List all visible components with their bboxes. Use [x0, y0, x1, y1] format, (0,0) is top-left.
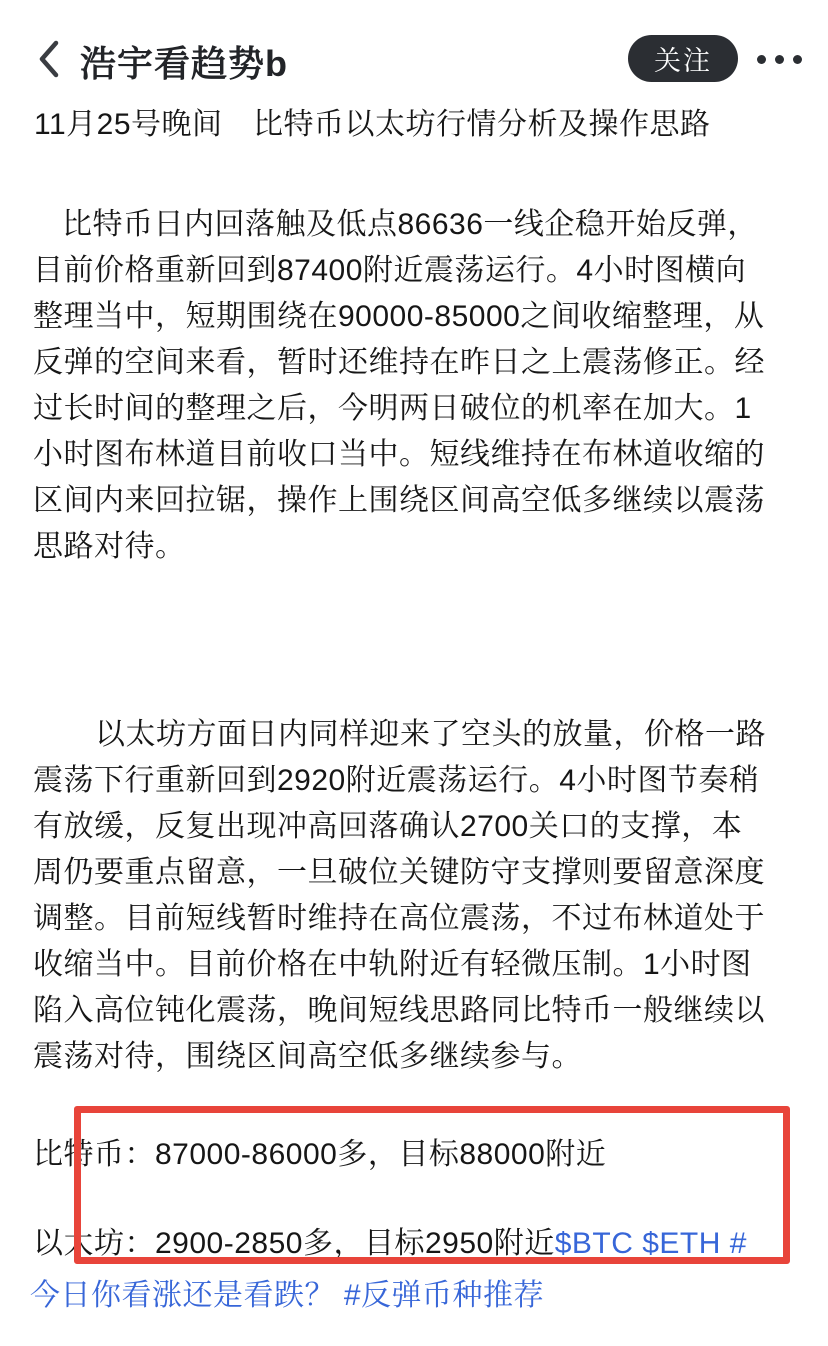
eth-trade-call-text: 以太坊：2900-2850多，目标2950附近	[33, 1227, 555, 1260]
paragraph-line: 调整。目前短线暂时维持在高位震荡，不过布林道处于	[33, 896, 766, 942]
back-icon[interactable]	[36, 40, 62, 78]
paragraph-line: 收缩当中。目前价格在中轨附近有轻微压制。1小时图	[33, 942, 766, 988]
paragraph-line: 以太坊方面日内同样迎来了空头的放量，价格一路	[33, 712, 766, 758]
more-icon[interactable]	[757, 54, 802, 64]
paragraph-line: 比特币日内回落触及低点86636一线企稳开始反弹，	[33, 202, 765, 248]
paragraph-line: 整理当中，短期围绕在90000-85000之间收缩整理，从	[33, 294, 765, 340]
page-title: 浩宇看趋势b	[80, 36, 288, 87]
eth-trade-call: 以太坊：2900-2850多，目标2950附近$BTC $ETH #	[33, 1221, 747, 1267]
post-title: 11月25号晚间 比特币以太坊行情分析及操作思路	[34, 102, 711, 148]
paragraph-line: 过长时间的整理之后，今明两日破位的机率在加大。1	[33, 386, 765, 432]
paragraph-line: 小时图布林道目前收口当中。短线维持在布林道收缩的	[33, 432, 765, 478]
paragraph-line: 陷入高位钝化震荡，晚间短线思路同比特币一般继续以	[33, 988, 766, 1034]
ellipsis-dot	[757, 55, 766, 64]
paragraph-line: 反弹的空间来看，暂时还维持在昨日之上震荡修正。经	[33, 340, 765, 386]
btc-analysis-paragraph: 比特币日内回落触及低点86636一线企稳开始反弹， 目前价格重新回到87400附…	[33, 202, 765, 570]
paragraph-line: 有放缓，反复出现冲高回落确认2700关口的支撑，本	[33, 804, 766, 850]
paragraph-line: 区间内来回拉锯，操作上围绕区间高空低多继续以震荡	[33, 478, 765, 524]
eth-analysis-paragraph: 以太坊方面日内同样迎来了空头的放量，价格一路 震荡下行重新回到2920附近震荡运…	[33, 712, 766, 1080]
btc-trade-call: 比特币：87000-86000多，目标88000附近	[33, 1132, 606, 1178]
post-page: 浩宇看趋势b 关注 11月25号晚间 比特币以太坊行情分析及操作思路 比特币日内…	[0, 0, 828, 1346]
ellipsis-dot	[775, 55, 784, 64]
ellipsis-dot	[793, 55, 802, 64]
hashtag-links[interactable]: 今日你看涨还是看跌？ #反弹币种推荐	[30, 1273, 544, 1319]
paragraph-line: 震荡下行重新回到2920附近震荡运行。4小时图节奏稍	[33, 758, 766, 804]
cashtag-links[interactable]: $BTC $ETH #	[555, 1227, 747, 1260]
follow-button[interactable]: 关注	[628, 35, 738, 82]
paragraph-line: 思路对待。	[33, 524, 765, 570]
paragraph-line: 周仍要重点留意，一旦破位关键防守支撑则要留意深度	[33, 850, 766, 896]
paragraph-line: 震荡对待，围绕区间高空低多继续参与。	[33, 1034, 766, 1080]
paragraph-line: 目前价格重新回到87400附近震荡运行。4小时图横向	[33, 248, 765, 294]
